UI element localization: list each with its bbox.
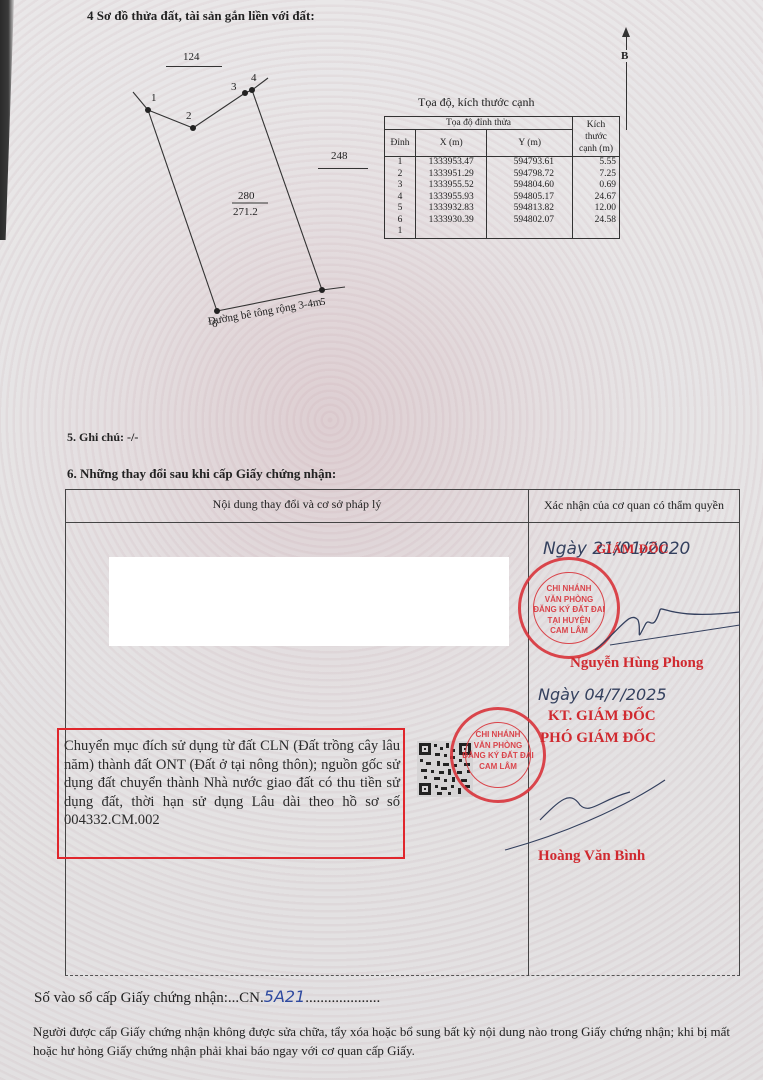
coordinate-row: 1 [385, 226, 620, 238]
cell-y: 594804.60 [487, 180, 573, 192]
cell-x: 1333951.29 [416, 169, 487, 181]
cell-x: 1333955.93 [416, 192, 487, 204]
signature1-name: Nguyễn Hùng Phong [570, 655, 703, 672]
cell-x: 1333953.47 [416, 157, 487, 169]
cell-edge: 5.55 [573, 157, 620, 169]
registry-number: 5A21 [264, 987, 305, 1006]
parcel-diagram [0, 0, 763, 360]
signature2-title-kt: KT. GIÁM ĐỐC [548, 708, 656, 725]
cell-vertex: 3 [385, 180, 416, 192]
vertex-label-2: 2 [186, 110, 192, 122]
cell-vertex: 6 [385, 215, 416, 227]
vertex-label-1: 1 [151, 92, 157, 104]
cell-x [416, 226, 487, 238]
cell-vertex: 1 [385, 226, 416, 238]
changes-header-divider [65, 522, 740, 523]
header-y: Y (m) [487, 130, 573, 157]
cell-vertex: 5 [385, 203, 416, 215]
stamp-line: CHI NHÁNH [453, 730, 543, 741]
north-line [626, 30, 627, 130]
parcel-number: 280 [238, 190, 255, 202]
signature1-scribble [590, 590, 740, 660]
cell-x: 1333930.39 [416, 215, 487, 227]
coordinate-row: 61333930.39594802.0724.58 [385, 215, 620, 227]
coordinates-caption: Tọa độ, kích thước cạnh [418, 95, 534, 110]
footer-warning: Người được cấp Giấy chứng nhận không đượ… [33, 1022, 733, 1060]
signature2-name: Hoàng Văn Bình [538, 848, 645, 865]
header-vertex: Đỉnh [385, 130, 416, 157]
cell-vertex: 2 [385, 169, 416, 181]
coordinate-row: 41333955.93594805.1724.67 [385, 192, 620, 204]
cell-edge: 24.67 [573, 192, 620, 204]
parcel-area: 271.2 [233, 206, 258, 218]
redacted-entry [109, 557, 509, 646]
coordinate-row: 21333951.29594798.727.25 [385, 169, 620, 181]
cell-edge [573, 226, 620, 238]
cell-edge: 24.58 [573, 215, 620, 227]
registry-number-line: Số vào sổ cấp Giấy chứng nhận:...CN.5A21… [34, 987, 380, 1007]
cell-y [487, 226, 573, 238]
cell-edge: 0.69 [573, 180, 620, 192]
cell-vertex: 4 [385, 192, 416, 204]
cell-edge: 12.00 [573, 203, 620, 215]
section6-title: 6. Những thay đổi sau khi cấp Giấy chứng… [67, 466, 336, 482]
coordinate-row: 11333953.47594793.615.55 [385, 157, 620, 169]
stamp-line: VĂN PHÒNG [453, 741, 543, 752]
cell-y: 594798.72 [487, 169, 573, 181]
cell-x: 1333932.83 [416, 203, 487, 215]
signature1-title: GIÁM ĐỐC [596, 541, 669, 557]
registry-label: Số vào sổ cấp Giấy chứng nhận:...CN. [34, 990, 264, 1006]
header-edge: Kích thước cạnh (m) [573, 117, 620, 157]
signature2-date: Ngày 04/7/2025 [538, 685, 667, 704]
cell-edge: 7.25 [573, 169, 620, 181]
registry-dots: .................... [305, 990, 380, 1006]
coordinates-table: Tọa độ đỉnh thửa Kích thước cạnh (m) Đỉn… [384, 116, 620, 239]
change-entry-text: Chuyển mục đích sử dụng từ đất CLN (Đất … [64, 737, 400, 830]
cell-y: 594802.07 [487, 215, 573, 227]
cell-y: 594793.61 [487, 157, 573, 169]
vertex-label-3: 3 [231, 81, 237, 93]
north-arrow-icon [622, 27, 630, 37]
vertex-label-4: 4 [251, 72, 257, 84]
signature2-scribble [500, 760, 670, 855]
coordinate-row: 31333955.52594804.600.69 [385, 180, 620, 192]
signature2-title-deputy: PHÓ GIÁM ĐỐC [540, 730, 656, 747]
changes-header-confirm: Xác nhận của cơ quan có thẩm quyền [530, 497, 738, 513]
group-header: Tọa độ đỉnh thửa [385, 117, 573, 130]
header-x: X (m) [416, 130, 487, 157]
cell-vertex: 1 [385, 157, 416, 169]
coordinate-row: 51333932.83594813.8212.00 [385, 203, 620, 215]
cell-y: 594813.82 [487, 203, 573, 215]
section5-note: 5. Ghi chú: -/- [67, 430, 138, 445]
north-label: B [621, 50, 628, 62]
cell-x: 1333955.52 [416, 180, 487, 192]
changes-header-content: Nội dung thay đổi và cơ sở pháp lý [66, 497, 528, 512]
cell-y: 594805.17 [487, 192, 573, 204]
